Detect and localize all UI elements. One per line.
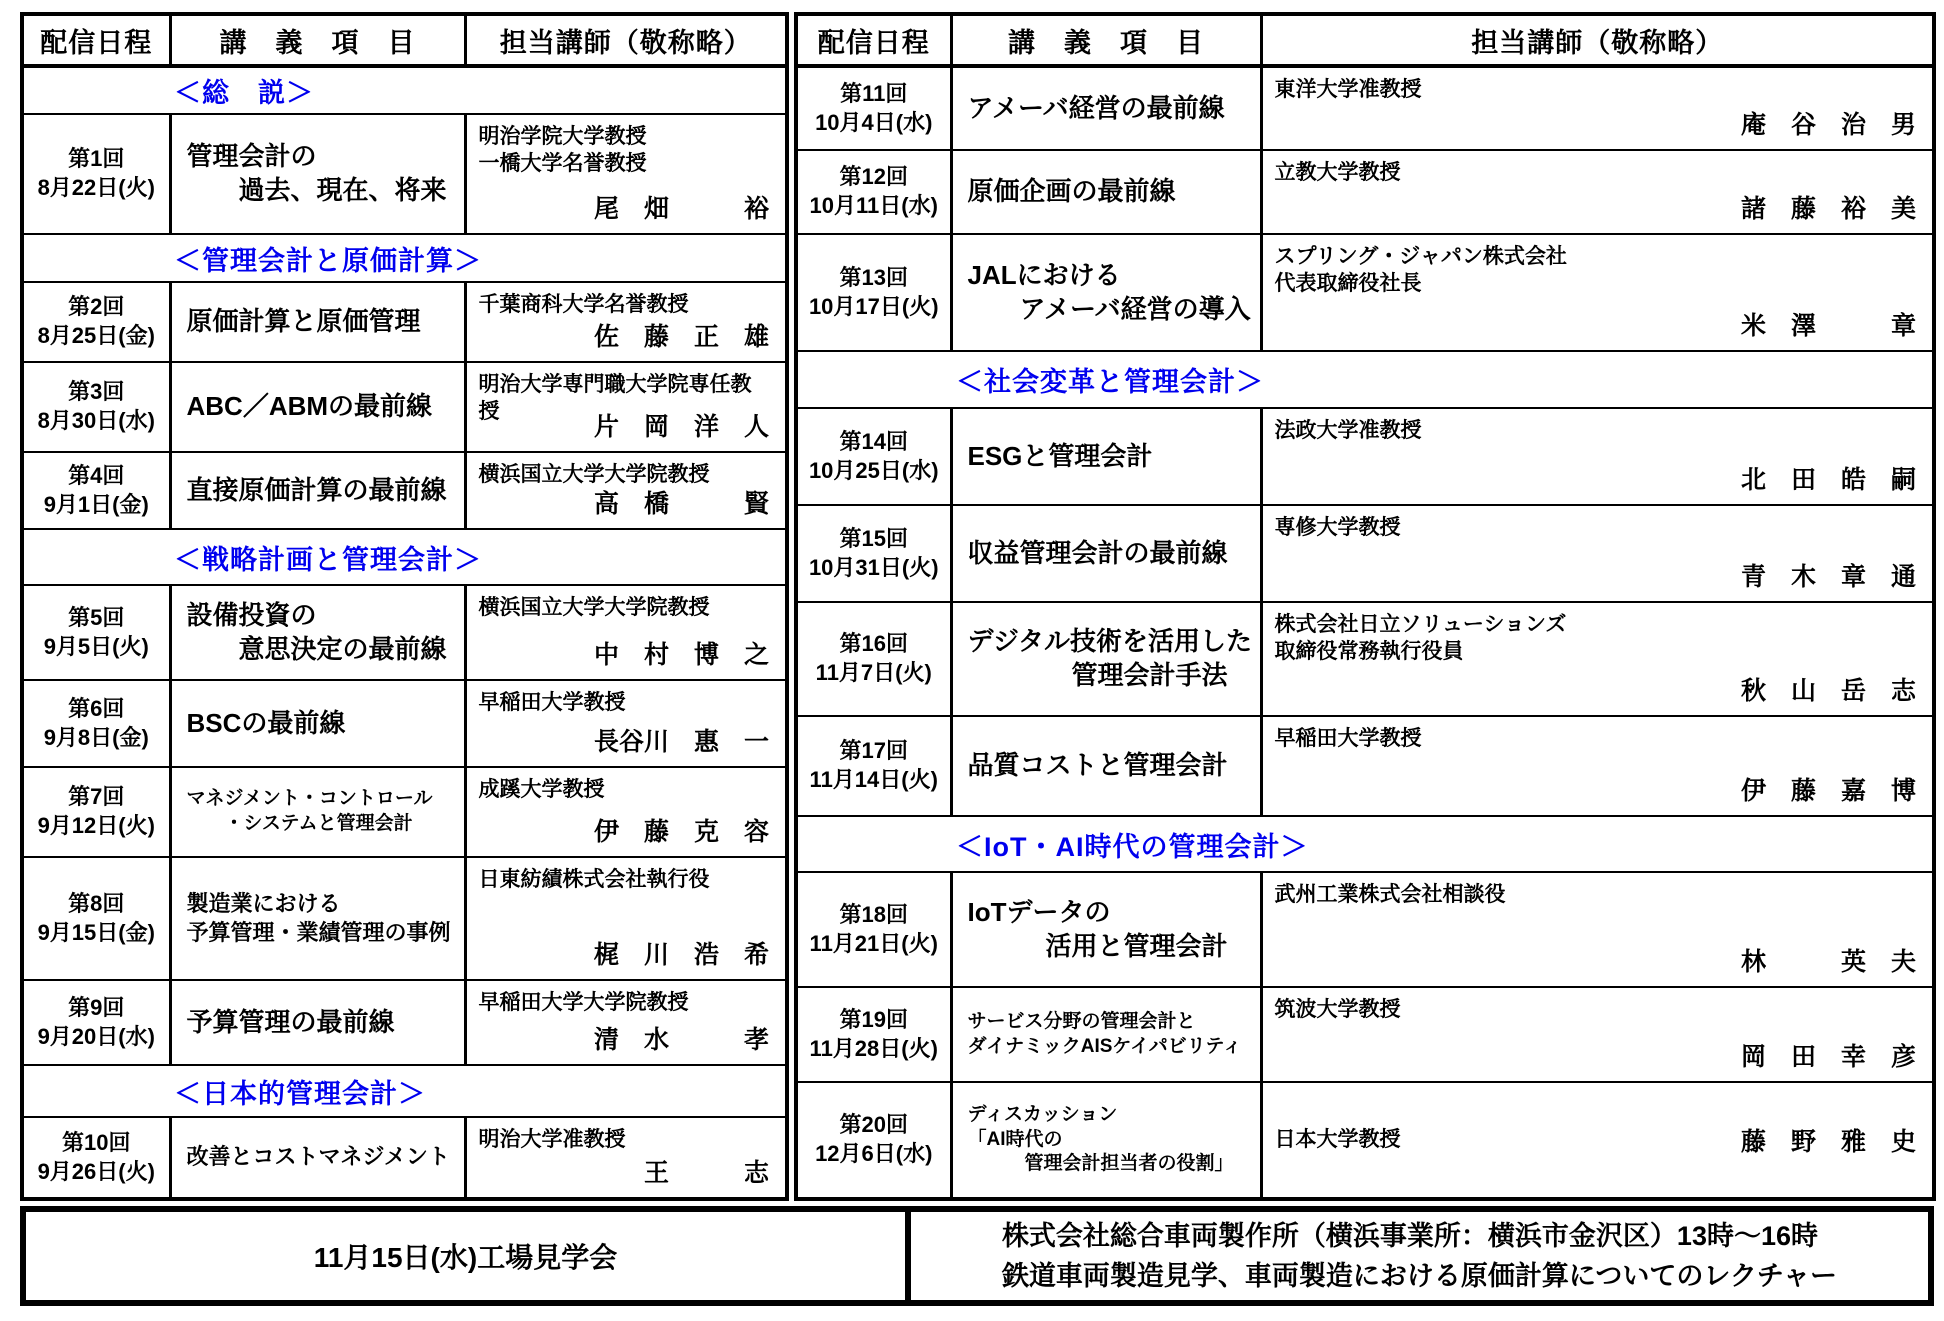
session-number: 第5回 — [26, 604, 167, 633]
session-number: 第12回 — [800, 163, 948, 192]
session-number: 第19回 — [800, 1006, 948, 1035]
instructor-name: 林 英 夫 — [1741, 942, 1916, 978]
lecture-topic: 管理会計の 過去、現在、将来 — [187, 140, 458, 208]
session-date-cell: 第2回8月25日(金) — [22, 282, 170, 362]
lecture-topic: BSCの最前線 — [187, 707, 458, 741]
lecture-row: 第12回10月11日(水)原価企画の最前線立教大学教授諸 藤 裕 美 — [796, 150, 1934, 234]
session-number: 第16回 — [800, 630, 948, 659]
instructor-affiliation: 日東紡績株式会社執行役 — [479, 866, 772, 893]
session-date-cell: 第10回9月26日(火) — [22, 1117, 170, 1199]
instructor-affiliation: 早稲田大学大学院教授 — [479, 989, 772, 1016]
session-date-cell: 第6回9月8日(金) — [22, 680, 170, 767]
instructor-cell: 横浜国立大学大学院教授高 橋 賢 — [465, 452, 787, 529]
session-date: 11月28日(火) — [800, 1035, 948, 1064]
lecture-topic: 原価企画の最前線 — [968, 175, 1254, 209]
section-heading: ＜IoT・AI時代の管理会計＞ — [796, 816, 1934, 872]
session-date-cell: 第14回10月25日(水) — [796, 408, 951, 505]
lecture-row: 第1回8月22日(火)管理会計の 過去、現在、将来明治学院大学教授 一橋大学名誉… — [22, 114, 787, 234]
session-date-cell: 第9回9月20日(水) — [22, 980, 170, 1065]
instructor-affiliation: 専修大学教授 — [1275, 514, 1919, 541]
lecture-row: 第5回9月5日(火)設備投資の 意思決定の最前線横浜国立大学大学院教授中 村 博… — [22, 585, 787, 680]
instructor-affiliation: 横浜国立大学大学院教授 — [479, 594, 772, 621]
session-date: 9月8日(金) — [26, 724, 167, 753]
instructor-name: 岡 田 幸 彦 — [1741, 1037, 1916, 1073]
lecture-topic-cell: 原価計算と原価管理 — [170, 282, 465, 362]
session-number: 第14回 — [800, 428, 948, 457]
factory-tour-details-cell: 株式会社総合車両製作所（横浜事業所：横浜市金沢区）13時～16時 鉄道車両製造見… — [908, 1209, 1931, 1303]
lecture-topic: IoTデータの 活用と管理会計 — [968, 896, 1254, 964]
instructor-affiliation: スプリング・ジャパン株式会社 代表取締役社長 — [1275, 243, 1919, 298]
lecture-topic-cell: ディスカッション 「AI時代の 管理会計担当者の役割」 — [951, 1082, 1261, 1199]
session-date-cell: 第3回8月30日(水) — [22, 362, 170, 452]
instructor-cell: 筑波大学教授岡 田 幸 彦 — [1261, 987, 1934, 1082]
instructor-affiliation: 早稲田大学教授 — [1275, 725, 1919, 752]
column-header-0: 配信日程 — [796, 14, 951, 66]
lecture-row: 第10回9月26日(火)改善とコストマネジメント明治大学准教授王 志 — [22, 1117, 787, 1199]
lecture-topic-cell: 改善とコストマネジメント — [170, 1117, 465, 1199]
session-date: 9月12日(火) — [26, 812, 167, 841]
lecture-topic-cell: BSCの最前線 — [170, 680, 465, 767]
lecture-topic: 設備投資の 意思決定の最前線 — [187, 599, 458, 667]
instructor-cell: 横浜国立大学大学院教授中 村 博 之 — [465, 585, 787, 680]
instructor-affiliation: 株式会社日立ソリューションズ 取締役常務執行役員 — [1275, 611, 1919, 666]
lecture-topic-cell: デジタル技術を活用した 管理会計手法 — [951, 602, 1261, 716]
section-row: ＜IoT・AI時代の管理会計＞ — [796, 816, 1934, 872]
instructor-name: 片 岡 洋 人 — [594, 407, 769, 443]
lecture-topic-cell: ESGと管理会計 — [951, 408, 1261, 505]
session-date: 8月30日(水) — [26, 407, 167, 436]
factory-tour-row: 11月15日(水)工場見学会 株式会社総合車両製作所（横浜事業所：横浜市金沢区）… — [23, 1209, 1931, 1303]
lecture-row: 第18回11月21日(火)IoTデータの 活用と管理会計武州工業株式会社相談役林… — [796, 872, 1934, 987]
section-row: ＜社会変革と管理会計＞ — [796, 351, 1934, 408]
lecture-topic: サービス分野の管理会計と ダイナミックAISケイパビリティ — [968, 1010, 1254, 1059]
lecture-topic-cell: 直接原価計算の最前線 — [170, 452, 465, 529]
section-heading: ＜日本的管理会計＞ — [22, 1065, 787, 1117]
instructor-name: 庵 谷 治 男 — [1741, 105, 1916, 141]
session-date-cell: 第17回11月14日(火) — [796, 716, 951, 816]
session-date: 9月26日(火) — [26, 1158, 167, 1187]
lecture-row: 第4回9月1日(金)直接原価計算の最前線横浜国立大学大学院教授高 橋 賢 — [22, 452, 787, 529]
lecture-schedule-page: 配信日程講 義 項 目担当講師（敬称略）＜総 説＞第1回8月22日(火)管理会計… — [0, 0, 1944, 1306]
lecture-topic-cell: 製造業における 予算管理・業績管理の事例 — [170, 857, 465, 980]
lecture-row: 第19回11月28日(火)サービス分野の管理会計と ダイナミックAISケイパビリ… — [796, 987, 1934, 1082]
session-date-cell: 第7回9月12日(火) — [22, 767, 170, 857]
session-number: 第2回 — [26, 293, 167, 322]
lecture-row: 第11回10月4日(水)アメーバ経営の最前線東洋大学准教授庵 谷 治 男 — [796, 66, 1934, 150]
instructor-cell: 明治学院大学教授 一橋大学名誉教授尾 畑 裕 — [465, 114, 787, 234]
factory-tour-date: 11月15日(水)工場見学会 — [23, 1209, 908, 1303]
session-number: 第6回 — [26, 695, 167, 724]
lecture-topic-cell: IoTデータの 活用と管理会計 — [951, 872, 1261, 987]
session-date: 9月5日(火) — [26, 633, 167, 662]
factory-tour-details: 株式会社総合車両製作所（横浜事業所：横浜市金沢区）13時～16時 鉄道車両製造見… — [1002, 1216, 1837, 1297]
lecture-topic-cell: アメーバ経営の最前線 — [951, 66, 1261, 150]
lecture-row: 第15回10月31日(火)収益管理会計の最前線専修大学教授青 木 章 通 — [796, 505, 1934, 602]
session-date-cell: 第18回11月21日(火) — [796, 872, 951, 987]
session-date: 9月20日(水) — [26, 1023, 167, 1052]
instructor-cell: 日東紡績株式会社執行役梶 川 浩 希 — [465, 857, 787, 980]
session-number: 第17回 — [800, 737, 948, 766]
instructor-name: 長谷川 惠 一 — [594, 722, 769, 758]
lecture-topic: 予算管理の最前線 — [187, 1006, 458, 1040]
session-date-cell: 第4回9月1日(金) — [22, 452, 170, 529]
session-date: 8月22日(火) — [26, 174, 167, 203]
session-number: 第9回 — [26, 994, 167, 1023]
section-heading: ＜戦略計画と管理会計＞ — [22, 529, 787, 585]
instructor-name: 諸 藤 裕 美 — [1741, 189, 1916, 225]
session-date: 11月7日(火) — [800, 659, 948, 688]
lecture-topic: 改善とコストマネジメント — [187, 1143, 458, 1172]
instructor-affiliation: 立教大学教授 — [1275, 159, 1919, 186]
instructor-name: 尾 畑 裕 — [594, 189, 769, 225]
session-number: 第3回 — [26, 378, 167, 407]
instructor-name: 北 田 皓 嗣 — [1741, 460, 1916, 496]
session-date: 10月17日(火) — [800, 293, 948, 322]
session-date: 10月25日(水) — [800, 457, 948, 486]
lecture-topic-cell: ABC／ABMの最前線 — [170, 362, 465, 452]
session-date-cell: 第13回10月17日(火) — [796, 234, 951, 351]
lecture-topic-cell: 収益管理会計の最前線 — [951, 505, 1261, 602]
instructor-name: 米 澤 章 — [1741, 306, 1916, 342]
lecture-row: 第2回8月25日(金)原価計算と原価管理千葉商科大学名誉教授佐 藤 正 雄 — [22, 282, 787, 362]
lecture-topic: デジタル技術を活用した 管理会計手法 — [968, 625, 1254, 693]
lecture-row: 第20回12月6日(水)ディスカッション 「AI時代の 管理会計担当者の役割」日… — [796, 1082, 1934, 1199]
session-date: 11月21日(火) — [800, 930, 948, 959]
instructor-cell: 明治大学専門職大学院専任教授片 岡 洋 人 — [465, 362, 787, 452]
instructor-cell: 千葉商科大学名誉教授佐 藤 正 雄 — [465, 282, 787, 362]
session-date: 12月6日(水) — [800, 1140, 948, 1169]
session-date-cell: 第19回11月28日(火) — [796, 987, 951, 1082]
instructor-cell: 成蹊大学教授伊 藤 克 容 — [465, 767, 787, 857]
instructor-name: 伊 藤 克 容 — [594, 812, 769, 848]
session-number: 第7回 — [26, 783, 167, 812]
instructor-cell: 武州工業株式会社相談役林 英 夫 — [1261, 872, 1934, 987]
lecture-topic: ESGと管理会計 — [968, 440, 1254, 474]
lecture-row: 第14回10月25日(水)ESGと管理会計法政大学准教授北 田 皓 嗣 — [796, 408, 1934, 505]
instructor-cell: 明治大学准教授王 志 — [465, 1117, 787, 1199]
session-number: 第11回 — [800, 80, 948, 109]
session-date: 10月4日(水) — [800, 109, 948, 138]
instructor-cell: 株式会社日立ソリューションズ 取締役常務執行役員秋 山 岳 志 — [1261, 602, 1934, 716]
instructor-affiliation: 日本大学教授 — [1275, 1126, 1401, 1153]
column-header-2: 担当講師（敬称略） — [465, 14, 787, 66]
lecture-topic: 原価計算と原価管理 — [187, 305, 458, 339]
schedule-tables: 配信日程講 義 項 目担当講師（敬称略）＜総 説＞第1回8月22日(火)管理会計… — [20, 12, 1930, 1201]
lecture-topic: 直接原価計算の最前線 — [187, 474, 458, 508]
session-number: 第20回 — [800, 1111, 948, 1140]
instructor-cell: 専修大学教授青 木 章 通 — [1261, 505, 1934, 602]
session-number: 第4回 — [26, 462, 167, 491]
instructor-name: 梶 川 浩 希 — [594, 935, 769, 971]
session-date-cell: 第12回10月11日(水) — [796, 150, 951, 234]
instructor-affiliation: 東洋大学准教授 — [1275, 76, 1919, 103]
section-row: ＜管理会計と原価計算＞ — [22, 234, 787, 282]
lecture-topic: ABC／ABMの最前線 — [187, 390, 458, 424]
instructor-affiliation: 千葉商科大学名誉教授 — [479, 291, 772, 318]
instructor-cell: 立教大学教授諸 藤 裕 美 — [1261, 150, 1934, 234]
instructor-name: 高 橋 賢 — [594, 484, 769, 520]
lecture-topic-cell: サービス分野の管理会計と ダイナミックAISケイパビリティ — [951, 987, 1261, 1082]
section-row: ＜総 説＞ — [22, 66, 787, 114]
column-header-0: 配信日程 — [22, 14, 170, 66]
session-number: 第13回 — [800, 264, 948, 293]
section-heading: ＜管理会計と原価計算＞ — [22, 234, 787, 282]
session-number: 第18回 — [800, 901, 948, 930]
lecture-topic-cell: マネジメント・コントロール ・システムと管理会計 — [170, 767, 465, 857]
session-date-cell: 第16回11月7日(火) — [796, 602, 951, 716]
section-heading: ＜総 説＞ — [22, 66, 787, 114]
session-date: 8月25日(金) — [26, 322, 167, 351]
instructor-cell: 早稲田大学教授伊 藤 嘉 博 — [1261, 716, 1934, 816]
lecture-topic: 収益管理会計の最前線 — [968, 537, 1254, 571]
lecture-topic-cell: 品質コストと管理会計 — [951, 716, 1261, 816]
instructor-cell: 早稲田大学大学院教授清 水 孝 — [465, 980, 787, 1065]
instructor-affiliation: 法政大学准教授 — [1275, 417, 1919, 444]
session-date-cell: 第8回9月15日(金) — [22, 857, 170, 980]
lecture-topic: ディスカッション 「AI時代の 管理会計担当者の役割」 — [968, 1103, 1254, 1177]
section-row: ＜日本的管理会計＞ — [22, 1065, 787, 1117]
instructor-name: 佐 藤 正 雄 — [594, 317, 769, 353]
instructor-cell: 早稲田大学教授長谷川 惠 一 — [465, 680, 787, 767]
lecture-row: 第7回9月12日(火)マネジメント・コントロール ・システムと管理会計成蹊大学教… — [22, 767, 787, 857]
lecture-topic-cell: JALにおける アメーバ経営の導入 — [951, 234, 1261, 351]
session-date: 10月11日(水) — [800, 192, 948, 221]
session-date: 9月15日(金) — [26, 919, 167, 948]
instructor-affiliation: 早稲田大学教授 — [479, 689, 772, 716]
lecture-topic: 品質コストと管理会計 — [968, 749, 1254, 783]
lecture-topic: マネジメント・コントロール ・システムと管理会計 — [187, 787, 458, 836]
section-row: ＜戦略計画と管理会計＞ — [22, 529, 787, 585]
instructor-affiliation: 明治学院大学教授 一橋大学名誉教授 — [479, 123, 772, 178]
session-date: 11月14日(火) — [800, 766, 948, 795]
instructor-affiliation: 成蹊大学教授 — [479, 776, 772, 803]
lecture-topic-cell: 原価企画の最前線 — [951, 150, 1261, 234]
column-header-2: 担当講師（敬称略） — [1261, 14, 1934, 66]
lecture-topic-cell: 管理会計の 過去、現在、将来 — [170, 114, 465, 234]
instructor-cell: スプリング・ジャパン株式会社 代表取締役社長米 澤 章 — [1261, 234, 1934, 351]
session-number: 第10回 — [26, 1129, 167, 1158]
lecture-row: 第13回10月17日(火)JALにおける アメーバ経営の導入スプリング・ジャパン… — [796, 234, 1934, 351]
instructor-cell: 東洋大学准教授庵 谷 治 男 — [1261, 66, 1934, 150]
lecture-row: 第8回9月15日(金)製造業における 予算管理・業績管理の事例日東紡績株式会社執… — [22, 857, 787, 980]
instructor-affiliation: 武州工業株式会社相談役 — [1275, 881, 1919, 908]
column-header-1: 講 義 項 目 — [170, 14, 465, 66]
instructor-name: 清 水 孝 — [594, 1020, 769, 1056]
lecture-row: 第16回11月7日(火)デジタル技術を活用した 管理会計手法株式会社日立ソリュー… — [796, 602, 1934, 716]
session-date-cell: 第1回8月22日(火) — [22, 114, 170, 234]
session-date: 10月31日(火) — [800, 554, 948, 583]
lecture-row: 第6回9月8日(金)BSCの最前線早稲田大学教授長谷川 惠 一 — [22, 680, 787, 767]
lecture-topic: JALにおける アメーバ経営の導入 — [968, 259, 1254, 327]
lecture-row: 第9回9月20日(水)予算管理の最前線早稲田大学大学院教授清 水 孝 — [22, 980, 787, 1065]
session-date-cell: 第20回12月6日(水) — [796, 1082, 951, 1199]
lecture-topic-cell: 予算管理の最前線 — [170, 980, 465, 1065]
instructor-name: 王 志 — [644, 1153, 769, 1189]
header-row: 配信日程講 義 項 目担当講師（敬称略） — [796, 14, 1934, 66]
instructor-name: 秋 山 岳 志 — [1741, 671, 1916, 707]
instructor-name: 伊 藤 嘉 博 — [1741, 771, 1916, 807]
instructor-affiliation: 明治大学准教授 — [479, 1126, 772, 1153]
schedule-table-first-half: 配信日程講 義 項 目担当講師（敬称略）＜総 説＞第1回8月22日(火)管理会計… — [20, 12, 789, 1201]
lecture-topic: 製造業における 予算管理・業績管理の事例 — [187, 890, 458, 947]
session-number: 第8回 — [26, 890, 167, 919]
lecture-row: 第3回8月30日(水)ABC／ABMの最前線明治大学専門職大学院専任教授片 岡 … — [22, 362, 787, 452]
header-row: 配信日程講 義 項 目担当講師（敬称略） — [22, 14, 787, 66]
session-date-cell: 第15回10月31日(火) — [796, 505, 951, 602]
session-date-cell: 第5回9月5日(火) — [22, 585, 170, 680]
instructor-cell: 日本大学教授藤 野 雅 史 — [1261, 1082, 1934, 1199]
lecture-row: 第17回11月14日(火)品質コストと管理会計早稲田大学教授伊 藤 嘉 博 — [796, 716, 1934, 816]
instructor-name: 青 木 章 通 — [1741, 557, 1916, 593]
session-date: 9月1日(金) — [26, 491, 167, 520]
lecture-topic-cell: 設備投資の 意思決定の最前線 — [170, 585, 465, 680]
instructor-cell: 法政大学准教授北 田 皓 嗣 — [1261, 408, 1934, 505]
column-header-1: 講 義 項 目 — [951, 14, 1261, 66]
factory-tour-table: 11月15日(水)工場見学会 株式会社総合車両製作所（横浜事業所：横浜市金沢区）… — [20, 1206, 1934, 1306]
instructor-name: 中 村 博 之 — [594, 635, 769, 671]
lecture-topic: アメーバ経営の最前線 — [968, 92, 1254, 126]
session-number: 第15回 — [800, 525, 948, 554]
schedule-table-second-half: 配信日程講 義 項 目担当講師（敬称略）第11回10月4日(水)アメーバ経営の最… — [794, 12, 1936, 1201]
session-number: 第1回 — [26, 145, 167, 174]
instructor-name: 藤 野 雅 史 — [1741, 1122, 1916, 1158]
section-heading: ＜社会変革と管理会計＞ — [796, 351, 1934, 408]
session-date-cell: 第11回10月4日(水) — [796, 66, 951, 150]
instructor-affiliation: 筑波大学教授 — [1275, 996, 1919, 1023]
